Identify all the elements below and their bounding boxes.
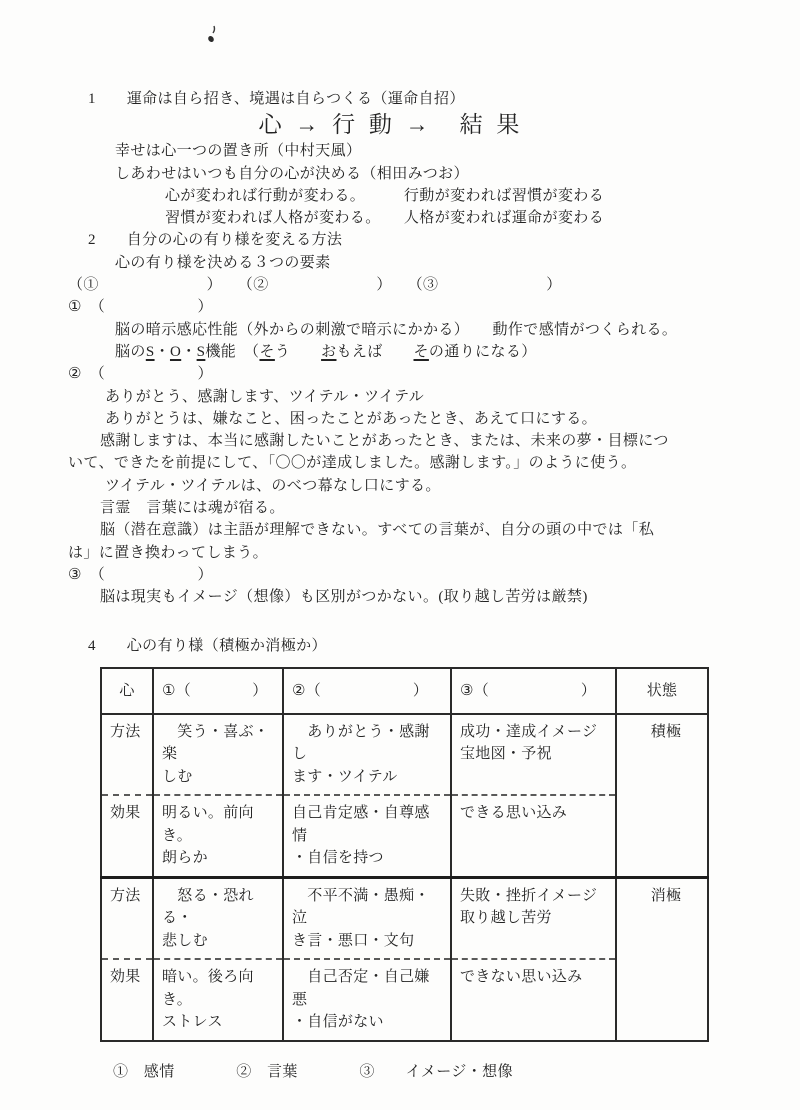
sos-seg: う <box>275 344 321 360</box>
sos-seg: ・ <box>181 344 196 360</box>
header-cell-2: ②（ ） <box>283 668 451 714</box>
sos-kana-so2: そ <box>414 344 429 360</box>
table-cell: できない思い込み <box>451 959 616 1041</box>
mind-action-result-formula: 心 → 行 動 → 結 果 <box>68 110 772 140</box>
imagination-line: 脳は現実もイメージ（想像）も区別がつかない。(取り越し苦労は厳禁) <box>68 586 772 608</box>
sos-seg: 機能 （ <box>205 344 259 360</box>
table-cell: できる思い込み <box>451 795 616 877</box>
header-cell-3: ③（ ） <box>451 668 616 714</box>
change-chain-line-2: 習慣が変われば人格が変わる。 人格が変われば運命が変わる <box>68 207 772 229</box>
change-chain-line-1: 心が変われば行動が変わる。 行動が変われば習慣が変わる <box>68 185 772 207</box>
item2-blank-label: ② （ ） <box>68 363 772 385</box>
table-cell: 成功・達成イメージ 宝地図・予祝 <box>451 714 616 796</box>
kansha-usage-line-1: 感謝しますは、本当に感謝したいことがあったとき、または、未来の夢・目標につ <box>68 430 772 452</box>
section1-heading: 1 運命は自ら招き、境遇は自らつくる（運命自招） <box>68 88 772 110</box>
table-cell: 暗い。後ろ向き。 ストレス <box>153 959 283 1041</box>
item1-blank-label: ① （ ） <box>68 296 772 318</box>
kansha-usage-line-2: いて、できたを前提にして、「〇〇が達成しました。感謝します。」のように使う。 <box>68 452 772 474</box>
quote-nakamura-tempu: 幸せは心一つの置き所（中村天風） <box>68 140 772 162</box>
tsuiteru-usage-line: ツイテル・ツイテルは、のべつ幕なし口にする。 <box>68 475 772 497</box>
document-body: 1 運命は自ら招き、境遇は自らつくる（運命自招） 心 → 行 動 → 結 果 幸… <box>0 0 800 1081</box>
scanned-document-page: 1 運命は自ら招き、境遇は自らつくる（運命自招） 心 → 行 動 → 結 果 幸… <box>0 0 800 1110</box>
positive-method-row: 方法 笑う・喜ぶ・楽 しむ ありがとう・感謝し ます・ツイテル 成功・達成イメー… <box>101 714 708 796</box>
table-cell: 怒る・恐れる・ 悲しむ <box>153 877 283 959</box>
arigato-usage-line: ありがとうは、嫌なこと、困ったことがあったとき、あえて口にする。 <box>68 408 772 430</box>
section4-heading: 4 心の有り様（積極か消極か） <box>68 635 772 657</box>
section2-subheading: 心の有り様を決める３つの要素 <box>68 252 772 274</box>
sos-kana-o: お <box>321 344 336 360</box>
row-label-effect: 効果 <box>101 795 153 877</box>
sos-letter-o: O <box>170 344 181 360</box>
sos-seg: 脳の <box>115 344 146 360</box>
row-label-effect: 効果 <box>101 959 153 1041</box>
header-cell-state: 状態 <box>616 668 708 714</box>
sos-seg: の通りになる） <box>429 344 537 360</box>
arigato-words-line: ありがとう、感謝します、ツイテル・ツイテル <box>68 386 772 408</box>
table-cell: ありがとう・感謝し ます・ツイテル <box>283 714 451 796</box>
sos-seg: もえば <box>336 344 413 360</box>
sos-kana-so1: そ <box>259 344 274 360</box>
subconscious-line-1: 脳（潜在意識）は主語が理解できない。すべての言葉が、自分の頭の中では「私 <box>68 519 772 541</box>
table-legend: ① 感情 ② 言葉 ③ イメージ・想像 <box>113 1060 772 1081</box>
table-cell: 自己肯定感・自尊感情 ・自信を持つ <box>283 795 451 877</box>
negative-method-row: 方法 怒る・恐れる・ 悲しむ 不平不満・愚痴・泣 き言・悪口・文句 失敗・挫折イ… <box>101 877 708 959</box>
sos-letter-s1: S <box>146 344 155 360</box>
quote-aida-mitsuo: しあわせはいつも自分の心が決める（相田みつお） <box>68 163 772 185</box>
subconscious-line-2: は」に置き換わってしまう。 <box>68 542 772 564</box>
kotodama-line: 言霊 言葉には魂が宿る。 <box>68 497 772 519</box>
state-cell-negative: 消極 <box>616 877 708 1041</box>
brain-suggestion-line: 脳の暗示感応性能（外からの刺激で暗示にかかる） 動作で感情がつくられる。 <box>68 319 772 341</box>
table-cell: 失敗・挫折イメージ 取り越し苦労 <box>451 877 616 959</box>
three-elements-blank-row: （① ） （② ） （③ ） <box>68 274 772 296</box>
row-label-method: 方法 <box>101 877 153 959</box>
table-cell: 笑う・喜ぶ・楽 しむ <box>153 714 283 796</box>
table-cell: 自己否定・自己嫌悪 ・自信がない <box>283 959 451 1041</box>
item3-blank-label: ③ （ ） <box>68 564 772 586</box>
sos-seg: ・ <box>155 344 170 360</box>
header-cell-kokoro: 心 <box>101 668 153 714</box>
row-label-method: 方法 <box>101 714 153 796</box>
mind-state-table: 心 ①（ ） ②（ ） ③（ ） 状態 方法 笑う・喜ぶ・楽 しむ ありがとう・… <box>100 667 709 1042</box>
table-cell: 不平不満・愚痴・泣 き言・悪口・文句 <box>283 877 451 959</box>
section2-heading: 2 自分の心の有り様を変える方法 <box>68 229 772 251</box>
sos-function-line: 脳のS・O・S機能 （そう おもえば その通りになる） <box>68 341 772 363</box>
table-header-row: 心 ①（ ） ②（ ） ③（ ） 状態 <box>101 668 708 714</box>
state-cell-positive: 積極 <box>616 714 708 878</box>
table-cell: 明るい。前向き。 朗らか <box>153 795 283 877</box>
header-cell-1: ①（ ） <box>153 668 283 714</box>
